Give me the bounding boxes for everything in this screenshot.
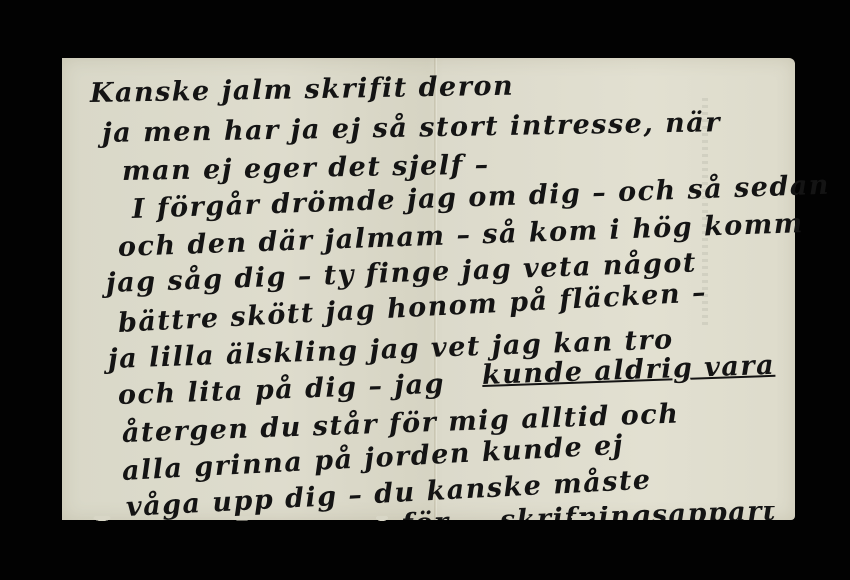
text-line-partial: … för … skrifningsappart: [361, 506, 777, 520]
text-line: och lita på dig – jag: [117, 369, 445, 411]
text-line: man ej eger det sjelf –: [122, 150, 490, 187]
letter-paper: Kanske jalm skrifit deron ja men har ja …: [62, 58, 795, 520]
text-line: ja men har ja ej så stort intresse, när: [102, 107, 722, 149]
text-line: Kanske jalm skrifit deron: [90, 71, 515, 109]
handwritten-text: Kanske jalm skrifit deron ja men har ja …: [62, 58, 795, 520]
cut-off-line: … för … skrifningsappart: [62, 506, 795, 520]
